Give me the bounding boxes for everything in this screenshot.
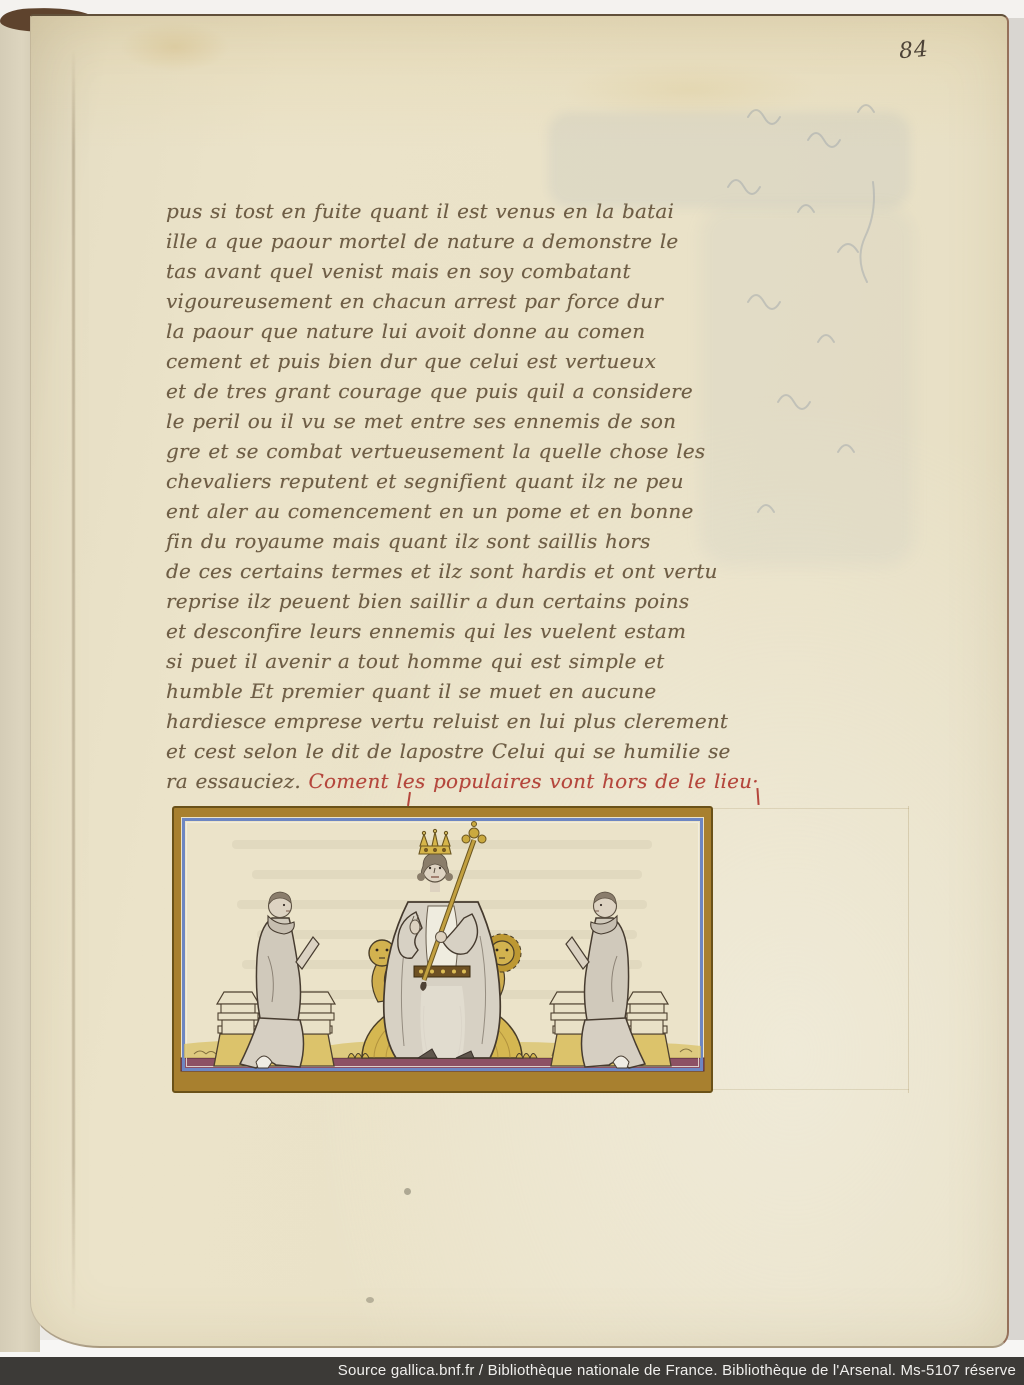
manuscript-line: pus si tost en fuite quant il est venus … xyxy=(166,196,748,226)
manuscript-line: le peril ou il vu se met entre ses ennem… xyxy=(166,406,748,436)
manuscript-text-block: pus si tost en fuite quant il est venus … xyxy=(166,196,748,796)
manuscript-line: cement et puis bien dur que celui est ve… xyxy=(166,346,748,376)
manuscript-line: hardiesce emprese vertu reluist en lui p… xyxy=(166,706,748,736)
parchment-spot xyxy=(366,1297,374,1303)
manuscript-line: ille a que paour mortel de nature a demo… xyxy=(166,226,748,256)
parchment-stain xyxy=(120,22,230,72)
king-scepter-hand xyxy=(436,932,447,943)
miniature-king-enthroned xyxy=(172,806,713,1093)
manuscript-line: et de tres grant courage que puis quil a… xyxy=(166,376,748,406)
manuscript-line: et cest selon le dit de lapostre Celui q… xyxy=(166,736,748,766)
manuscript-line: tas avant quel venist mais en soy combat… xyxy=(166,256,748,286)
manuscript-line: vigoureusement en chacun arrest par forc… xyxy=(166,286,748,316)
manuscript-line: humble Et premier quant il se muet en au… xyxy=(166,676,748,706)
gutter-crease xyxy=(72,50,75,1315)
manuscript-line: ent aler au comencement en un pome et en… xyxy=(166,496,748,526)
manuscript-line: reprise ilz peuent bien saillir a dun ce… xyxy=(166,586,748,616)
ruling-line xyxy=(713,1089,909,1090)
manuscript-line: et desconfire leurs ennemis qui les vuel… xyxy=(166,616,748,646)
parchment-spot xyxy=(404,1188,411,1195)
source-attribution-text: Source gallica.bnf.fr / Bibliothèque nat… xyxy=(338,1357,1024,1385)
manuscript-line: la paour que nature lui avoit donne au c… xyxy=(166,316,748,346)
crown xyxy=(419,829,451,854)
manuscript-line-with-rubric: ra essauciez. Coment les populaires vont… xyxy=(166,766,748,796)
king-raised-hand xyxy=(410,920,420,934)
line-text: ra essauciez. xyxy=(166,769,309,793)
manuscript-line: de ces certains termes et ilz sont hardi… xyxy=(166,556,748,586)
gallica-source-bar: Source gallica.bnf.fr / Bibliothèque nat… xyxy=(0,1357,1024,1385)
folio-number: 84 xyxy=(898,39,930,64)
ruling-line xyxy=(908,806,909,1093)
manuscript-line: chevaliers reputent et segnifient quant … xyxy=(166,466,748,496)
manuscript-line: fin du royaume mais quant ilz sont saill… xyxy=(166,526,748,556)
rubric-text: Coment les populaires vont hors de le li… xyxy=(309,769,759,793)
manuscript-line: gre et se combat vertueusement la quelle… xyxy=(166,436,748,466)
ruling-line xyxy=(713,808,909,809)
manuscript-line: si puet il avenir a tout homme qui est s… xyxy=(166,646,748,676)
